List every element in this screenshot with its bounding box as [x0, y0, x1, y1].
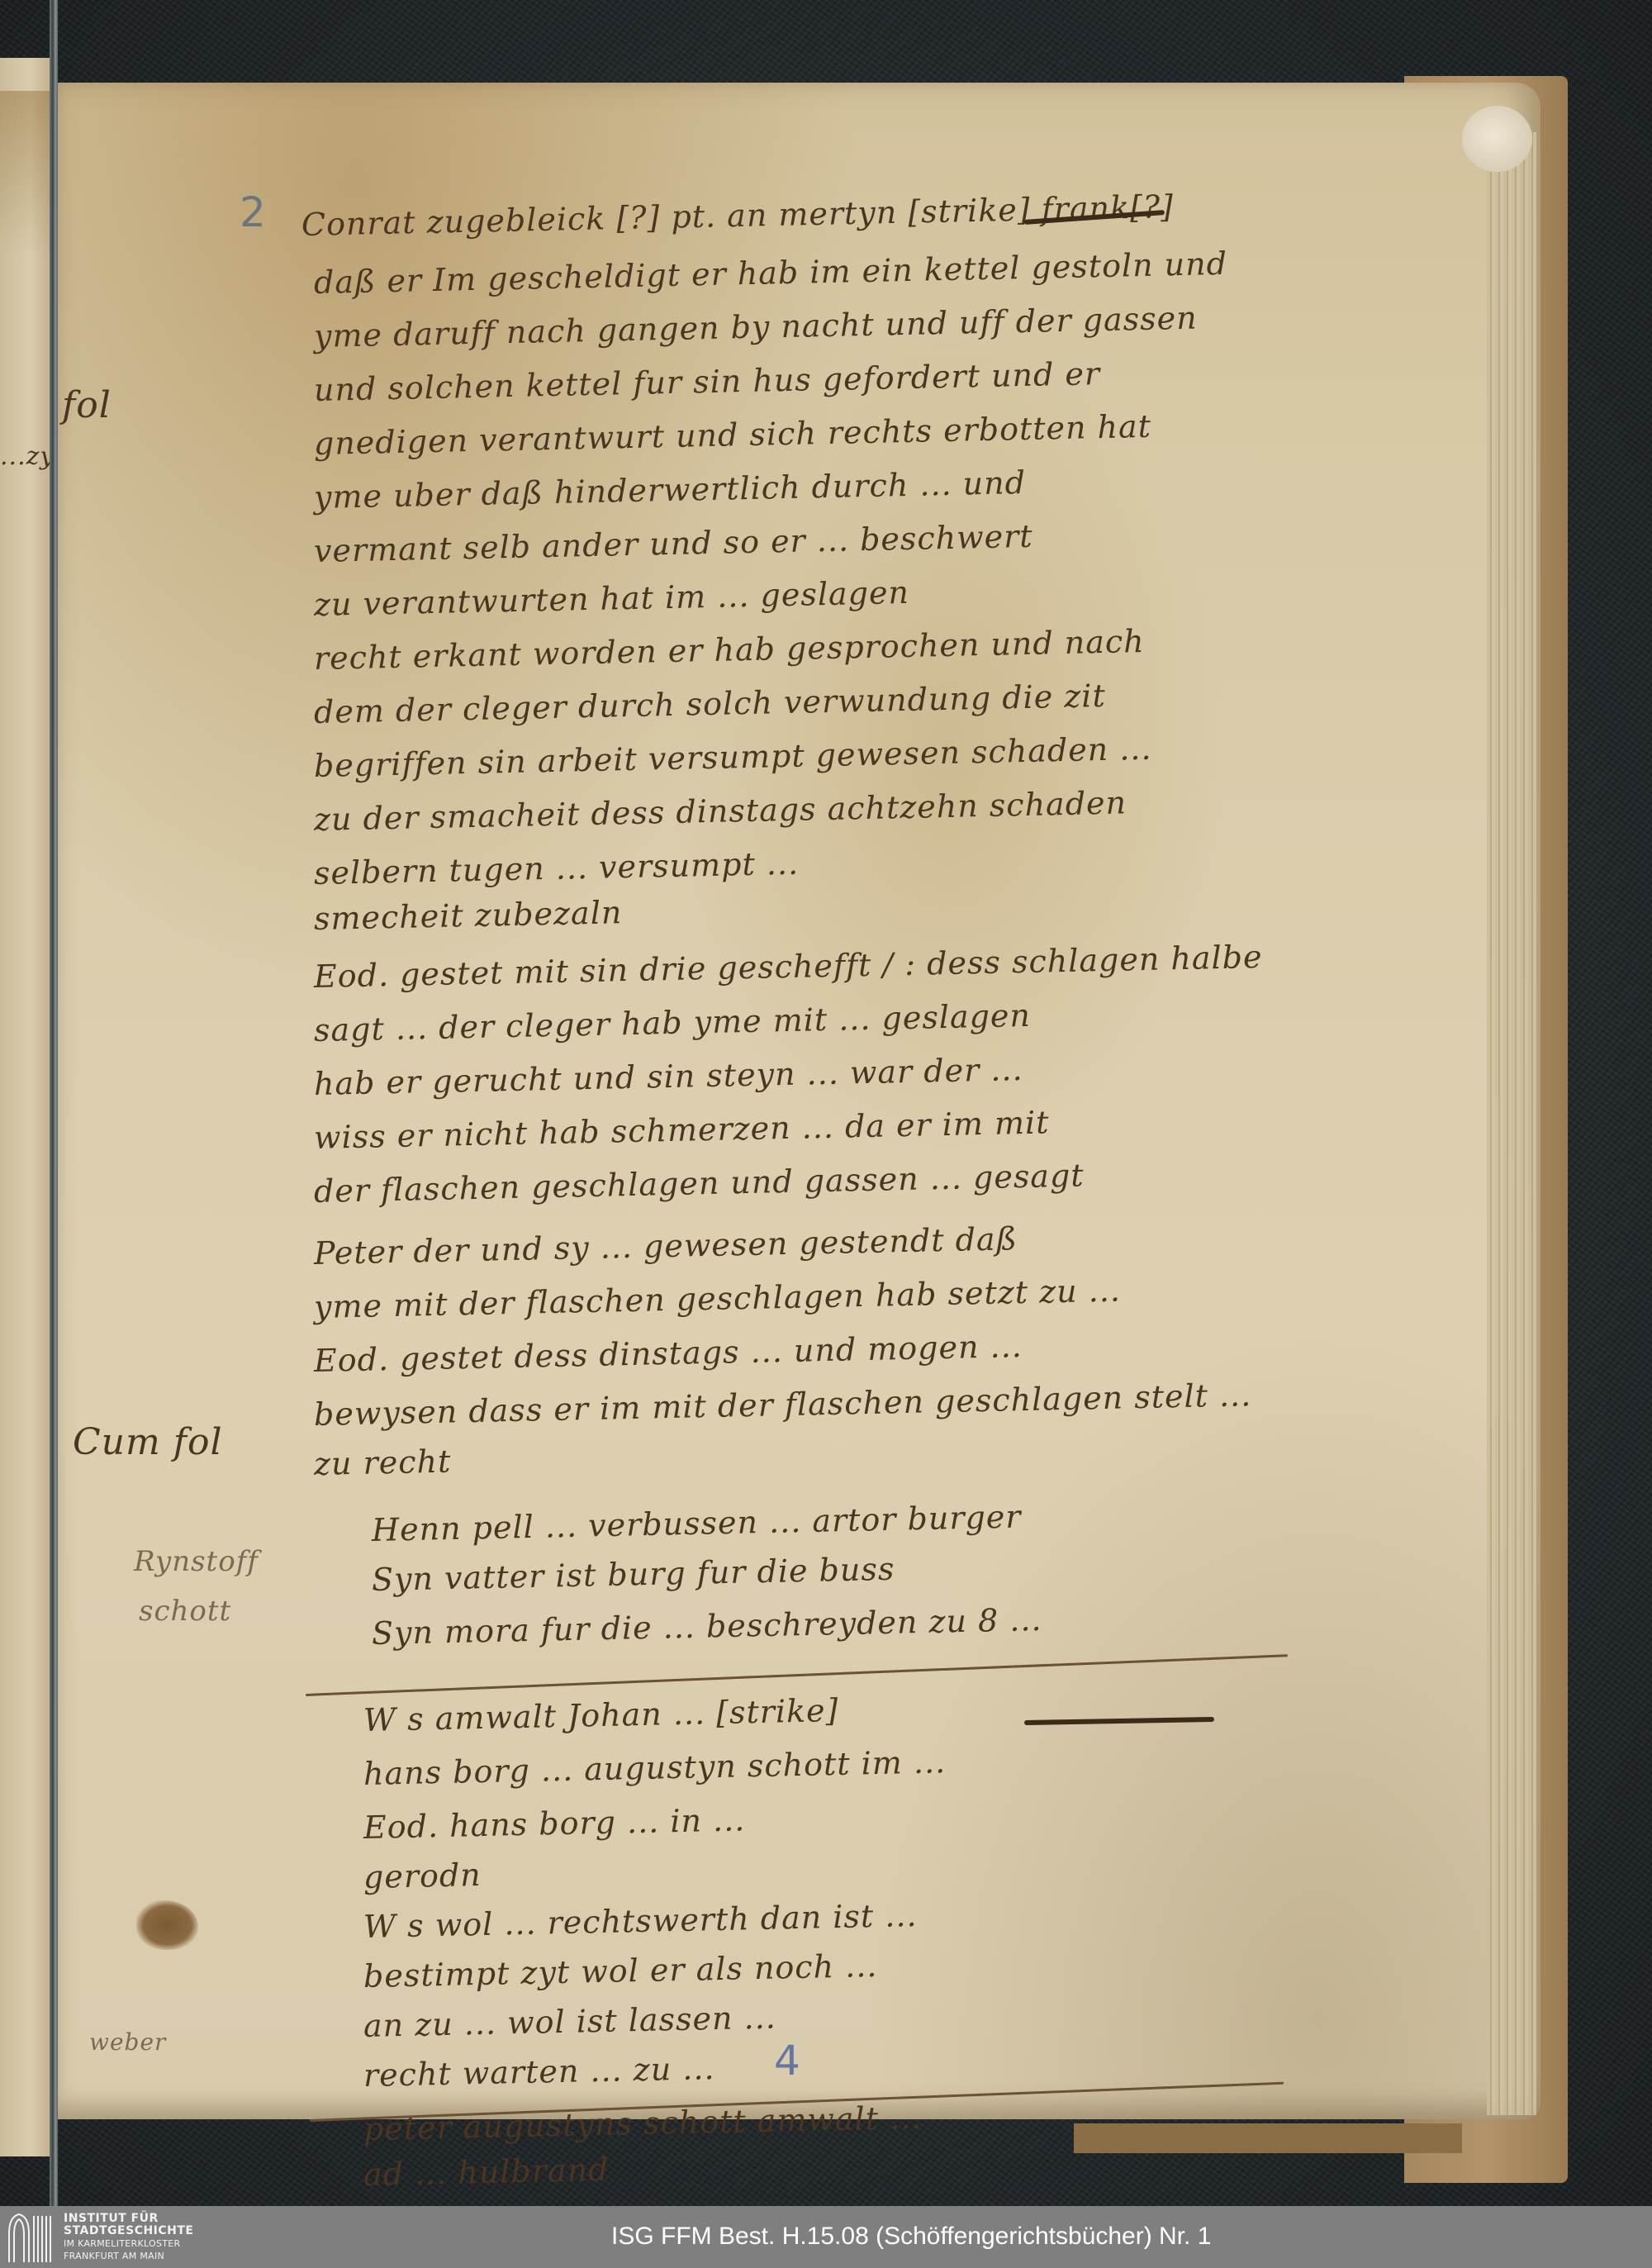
conservation-cotton-pad	[1462, 106, 1532, 172]
text-line: gerodn	[363, 1857, 482, 1895]
text-line: ad ... hulbrand	[363, 2152, 610, 2193]
archive-footer-bar: INSTITUT FÜR STADTGESCHICHTE IM KARMELIT…	[0, 2206, 1652, 2268]
margin-note-schott: schott	[139, 1595, 231, 1628]
water-stain	[0, 91, 51, 256]
facing-page-strip: ...zym	[0, 58, 51, 2156]
book-gutter	[50, 0, 58, 2206]
institute-logo-text: INSTITUT FÜR STADTGESCHICHTE IM KARMELIT…	[64, 2213, 194, 2262]
margin-note-cum-fol: Cum fol	[73, 1421, 223, 1463]
text-line: recht warten ... zu ...	[363, 2050, 715, 2094]
page-edges-fore-edge	[1487, 132, 1536, 2115]
logo-line-1: INSTITUT FÜR	[64, 2213, 194, 2225]
folio-number-top: 2	[240, 188, 266, 236]
institute-arch-logo-icon	[7, 2213, 55, 2262]
margin-note-fol: fol	[62, 384, 112, 426]
margin-note-rynstoff: Rynstoff	[134, 1545, 259, 1578]
text-line: smecheit zubezaln	[314, 894, 623, 937]
back-cover-board-bottom	[1074, 2123, 1462, 2153]
folio-number-bottom: 4	[774, 2037, 800, 2085]
logo-line-3: IM KARMELITERKLOSTER	[64, 2237, 194, 2250]
margin-note-weber: weber	[89, 2028, 166, 2056]
logo-line-2: STADTGESCHICHTE	[64, 2225, 194, 2237]
logo-line-4: FRANKFURT AM MAIN	[64, 2250, 194, 2262]
text-line: zu recht	[314, 1443, 452, 1482]
archive-signature-caption: ISG FFM Best. H.15.08 (Schöffengerichtsb…	[611, 2223, 1211, 2251]
